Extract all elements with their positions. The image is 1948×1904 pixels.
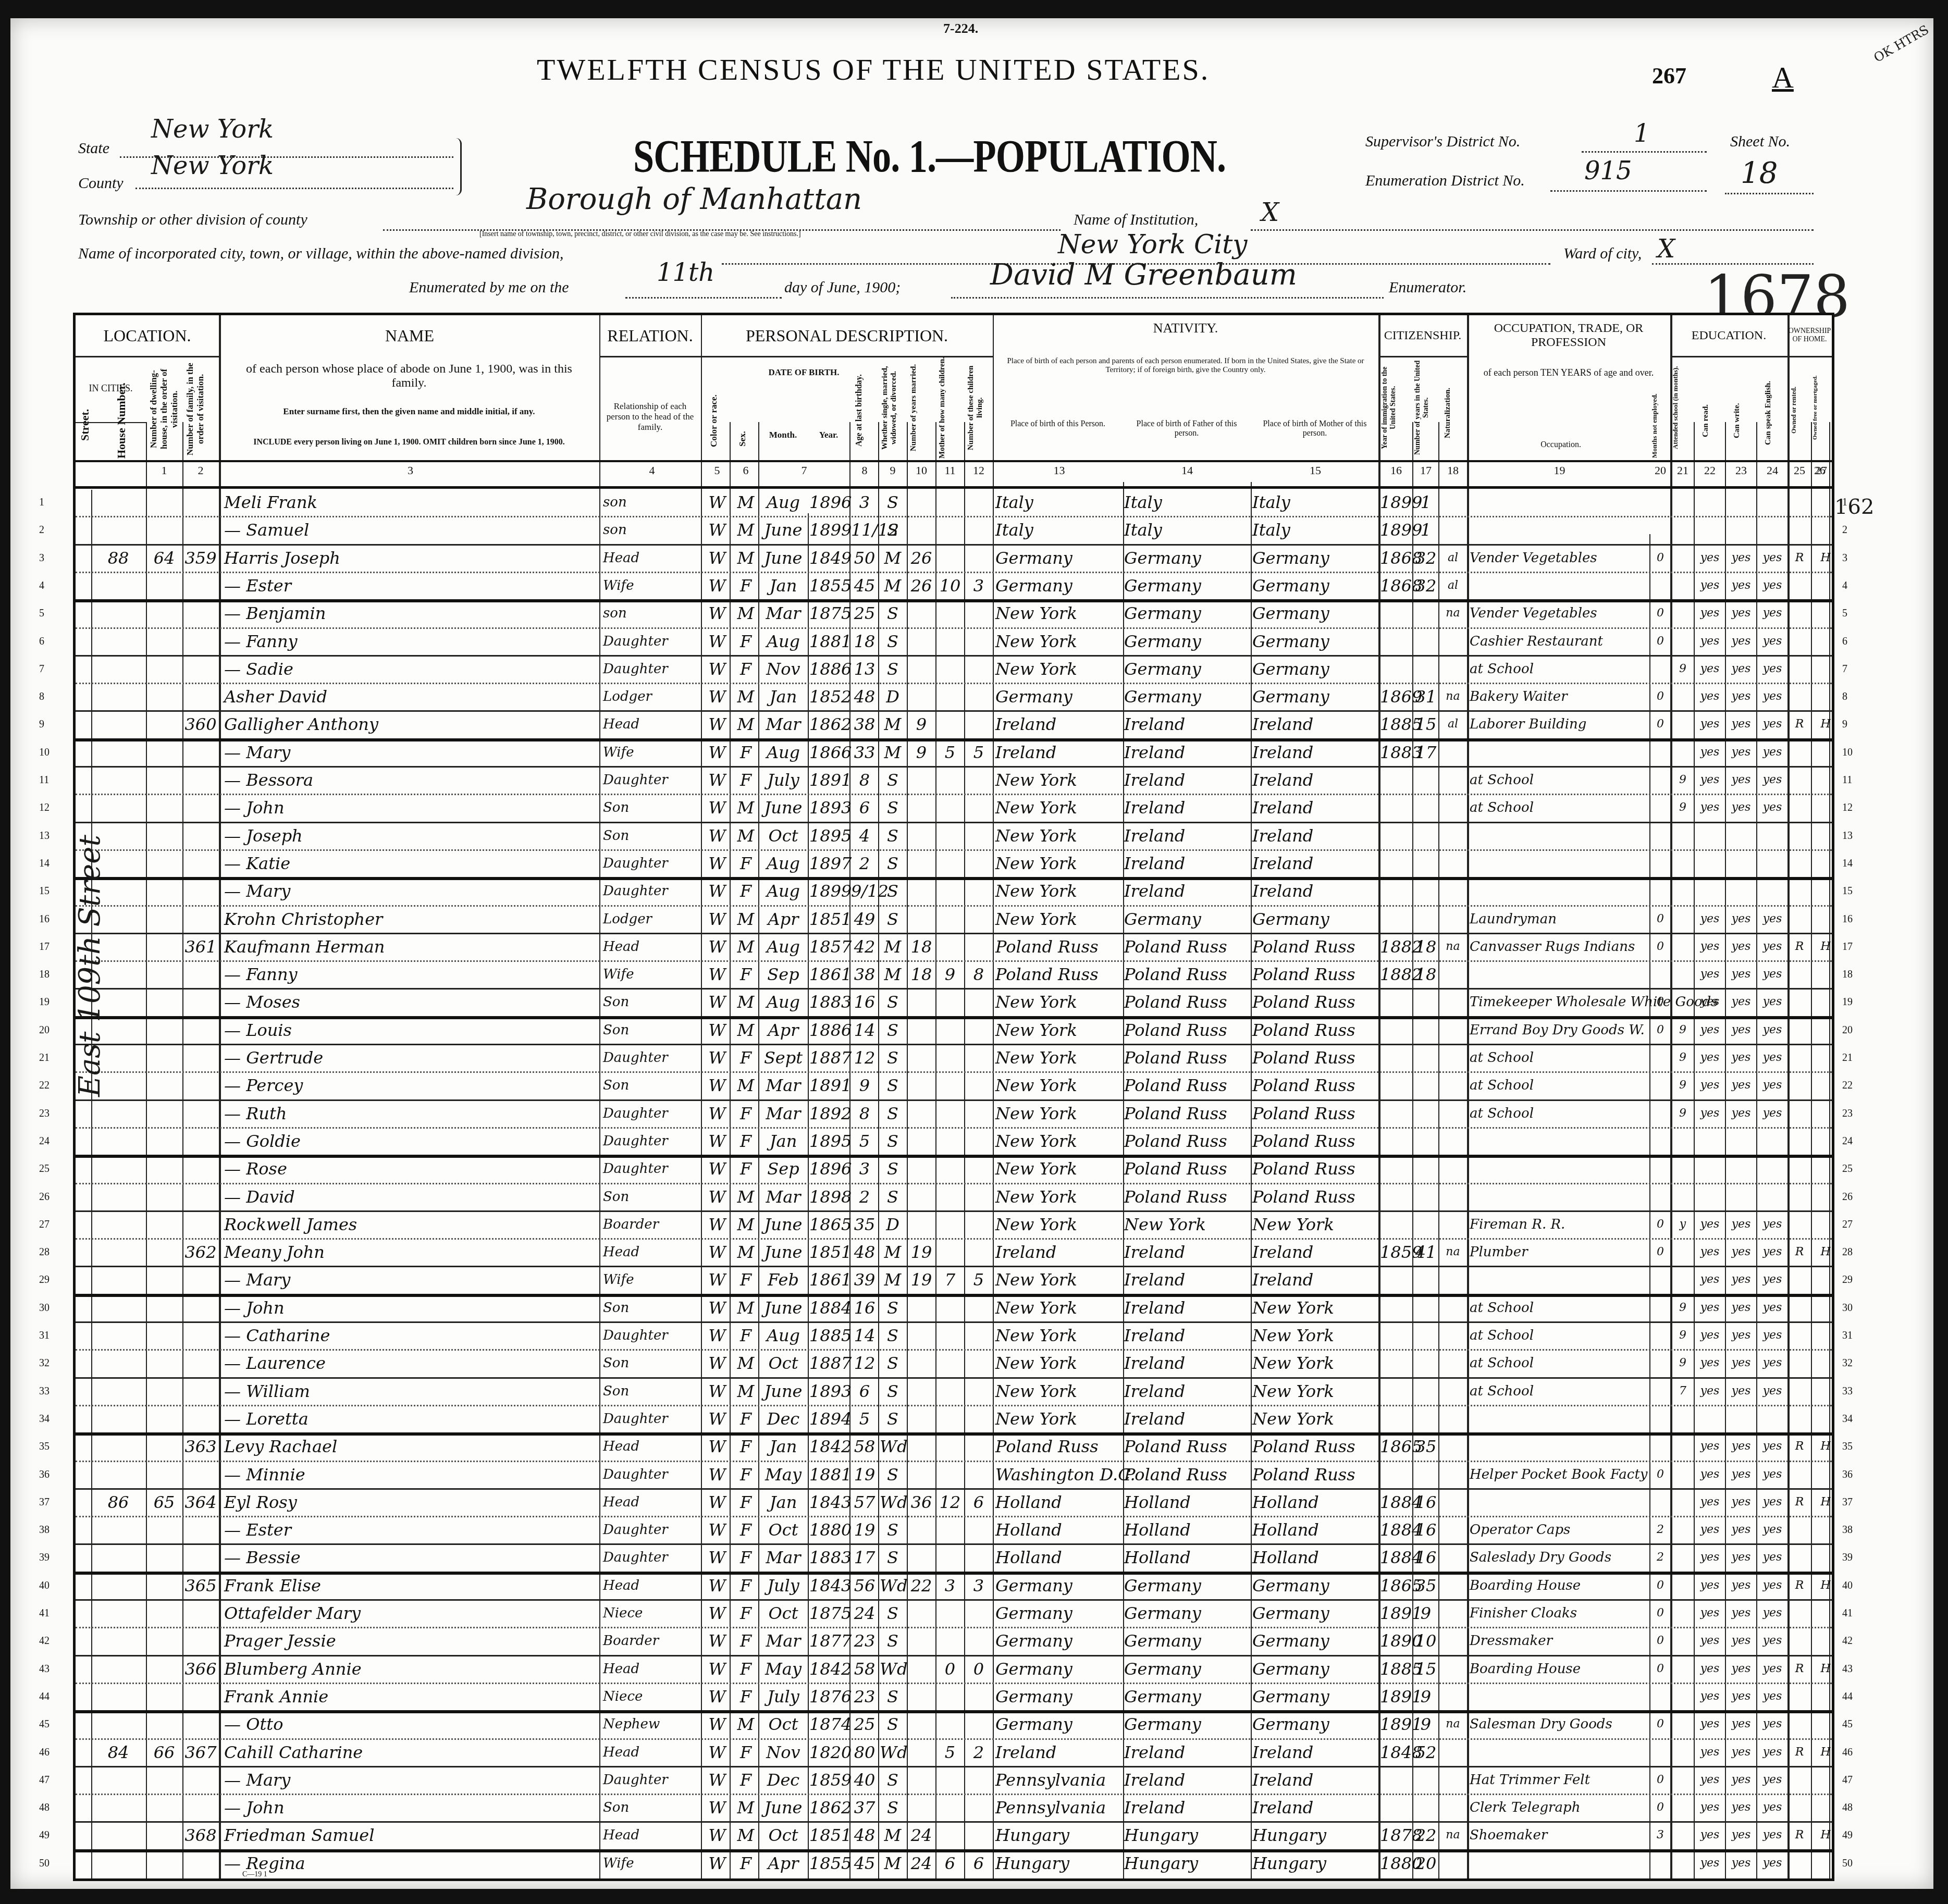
- line-number-right: 45: [1842, 1710, 1853, 1738]
- cell-marital: S: [880, 1405, 906, 1433]
- cell-month: June: [759, 1210, 807, 1239]
- cell-dwelling: [147, 849, 181, 877]
- cell-marital: S: [880, 1683, 906, 1711]
- cell-marital: D: [880, 1210, 906, 1239]
- cell-yrs: 9: [1414, 1683, 1438, 1711]
- cell-month: July: [759, 766, 807, 794]
- header-personal: PERSONAL DESCRIPTION.: [701, 315, 993, 357]
- cell-pob: New York: [995, 1210, 1123, 1239]
- cell-month: June: [759, 1294, 807, 1322]
- cell-sex: F: [733, 1738, 758, 1766]
- line-number-right: 4: [1842, 572, 1847, 600]
- cell-unemp: 3: [1651, 1821, 1670, 1849]
- cell-marital: S: [880, 849, 906, 877]
- cell-pob-m: New York: [1252, 1294, 1378, 1322]
- line-number: 49: [39, 1821, 50, 1849]
- cell-dwelling: [147, 1655, 181, 1683]
- cell-own: [1789, 683, 1810, 711]
- header-nativity: NATIVITY.: [993, 315, 1378, 361]
- line-number: 40: [39, 1572, 50, 1600]
- cell-marital: M: [880, 710, 906, 738]
- cell-name: — John: [224, 1294, 597, 1322]
- cell-relation: son: [603, 488, 701, 516]
- cell-farm: [1816, 599, 1835, 627]
- cell-pob: New York: [995, 988, 1123, 1016]
- cell-living: 3: [966, 572, 992, 600]
- cell-mother: [937, 516, 963, 544]
- cell-sex: F: [733, 1572, 758, 1600]
- cell-relation: Son: [603, 1794, 701, 1822]
- cell-yrs: [1414, 1127, 1438, 1155]
- cell-nat: [1440, 1432, 1466, 1461]
- cell-color: W: [705, 1071, 730, 1099]
- cell-imm: [1380, 1183, 1412, 1211]
- cell-yrs: [1414, 1349, 1438, 1377]
- cell-pob-f: Ireland: [1124, 1321, 1250, 1350]
- cell-pob: New York: [995, 905, 1123, 933]
- cell-ym: 9: [908, 710, 934, 738]
- cell-imm: 1865: [1380, 1572, 1412, 1600]
- table-row: 66— FannyDaughterWFAug188118SNew YorkGer…: [76, 627, 1832, 655]
- cell-nat: [1440, 627, 1466, 656]
- cell-ym: [908, 1155, 934, 1183]
- cell-pob-f: Poland Russ: [1124, 988, 1250, 1016]
- cell-dwelling: [147, 1183, 181, 1211]
- cell-pob-f: Germany: [1124, 1683, 1250, 1711]
- cell-occ: [1470, 1266, 1649, 1294]
- cell-pob-f: Ireland: [1124, 1294, 1250, 1322]
- cell-unemp: [1651, 1683, 1670, 1711]
- cell-relation: Daughter: [603, 1405, 701, 1433]
- cell-mother: [937, 1044, 963, 1072]
- cell-occ: [1470, 1488, 1649, 1516]
- line-number: 34: [39, 1405, 50, 1433]
- cell-imm: 1899: [1380, 516, 1412, 544]
- cell-write: yes: [1727, 1432, 1756, 1461]
- line-number-right: 41: [1842, 1599, 1853, 1627]
- cell-name: — John: [224, 794, 597, 822]
- cell-farm: H: [1816, 1238, 1835, 1266]
- line-number-right: 46: [1842, 1738, 1853, 1766]
- cell-yrs: 16: [1414, 1488, 1438, 1516]
- cell-mother: [937, 1183, 963, 1211]
- cell-school: [1672, 877, 1694, 905]
- cell-write: yes: [1727, 1377, 1756, 1405]
- line-number-right: 31: [1842, 1321, 1853, 1350]
- cell-relation: Boarder: [603, 1210, 701, 1239]
- cell-nat: [1440, 1071, 1466, 1099]
- cell-month: July: [759, 1572, 807, 1600]
- cell-mother: [937, 488, 963, 516]
- cell-write: yes: [1727, 794, 1756, 822]
- cell-color: W: [705, 1155, 730, 1183]
- column-number: 24: [1758, 464, 1787, 485]
- cell-school: 9: [1672, 794, 1694, 822]
- column-number: 7: [759, 464, 849, 485]
- cell-relation: Daughter: [603, 1044, 701, 1072]
- cell-marital: Wd: [880, 1738, 906, 1766]
- cell-year: 1891: [809, 766, 849, 794]
- cell-farm: [1816, 1266, 1835, 1294]
- cell-month: Aug: [759, 488, 807, 516]
- cell-mother: [937, 627, 963, 656]
- cell-year: 1893: [809, 1377, 849, 1405]
- cell-pob-m: Germany: [1252, 1683, 1378, 1711]
- cell-occ: [1470, 1432, 1649, 1461]
- name-instruction: Enter surname first, then the given name…: [232, 406, 586, 417]
- cell-occ: at School: [1470, 794, 1649, 822]
- cell-family: [183, 599, 218, 627]
- cell-living: [966, 877, 992, 905]
- cell-speak: yes: [1758, 1766, 1787, 1794]
- cell-nat: [1440, 1044, 1466, 1072]
- cell-own: [1789, 488, 1810, 516]
- cell-living: [966, 1405, 992, 1433]
- cell-pob-m: Germany: [1252, 1655, 1378, 1683]
- cell-pob-m: Holland: [1252, 1516, 1378, 1544]
- cell-dwelling: [147, 1405, 181, 1433]
- cell-own: [1789, 960, 1810, 988]
- cell-relation: Head: [603, 1738, 701, 1766]
- cell-read: [1695, 1405, 1724, 1433]
- cell-month: Mar: [759, 1627, 807, 1655]
- column-number: 15: [1252, 464, 1378, 485]
- cell-pob-m: Italy: [1252, 516, 1378, 544]
- cell-marital: S: [880, 1627, 906, 1655]
- cell-read: yes: [1695, 738, 1724, 766]
- cell-age: 13: [851, 655, 878, 683]
- table-row: 2222— PerceySonWMMar18919SNew YorkPoland…: [76, 1071, 1832, 1099]
- cell-pob-m: Poland Russ: [1252, 988, 1378, 1016]
- cell-age: 6: [851, 794, 878, 822]
- cell-read: yes: [1695, 1683, 1724, 1711]
- table-row: 2929— MaryWifeWFFeb186139M1975New YorkIr…: [76, 1266, 1832, 1293]
- cell-speak: yes: [1758, 1683, 1787, 1711]
- cell-year: 1852: [809, 683, 849, 711]
- cell-pob: Germany: [995, 1599, 1123, 1627]
- line-number: 24: [39, 1127, 50, 1155]
- line-number: 36: [39, 1461, 50, 1489]
- cell-imm: 1891: [1380, 1683, 1412, 1711]
- line-number: 48: [39, 1794, 50, 1822]
- cell-year: 1857: [809, 933, 849, 961]
- cell-nat: [1440, 1321, 1466, 1350]
- cell-yrs: [1414, 627, 1438, 656]
- cell-pob: Ireland: [995, 710, 1123, 738]
- cell-family: 367: [183, 1738, 218, 1766]
- cell-marital: S: [880, 877, 906, 905]
- column-number: 18: [1440, 464, 1466, 485]
- cell-unemp: [1651, 1488, 1670, 1516]
- cell-age: 39: [851, 1266, 878, 1294]
- cell-sex: M: [733, 683, 758, 711]
- cell-pob: New York: [995, 1377, 1123, 1405]
- cell-speak: yes: [1758, 572, 1787, 600]
- cell-occ: at School: [1470, 766, 1649, 794]
- line-number-right: 7: [1842, 655, 1847, 683]
- cell-own: [1789, 822, 1810, 850]
- cell-write: yes: [1727, 1210, 1756, 1239]
- cell-color: W: [705, 655, 730, 683]
- cell-own: R: [1789, 1821, 1810, 1849]
- cell-pob-f: Ireland: [1124, 710, 1250, 738]
- cell-read: yes: [1695, 599, 1724, 627]
- cell-house: [92, 627, 144, 656]
- cell-pob-f: Holland: [1124, 1543, 1250, 1572]
- cell-imm: [1380, 1794, 1412, 1822]
- cell-pob: Poland Russ: [995, 933, 1123, 961]
- cell-yrs: 20: [1414, 1849, 1438, 1877]
- cell-mother: [937, 822, 963, 850]
- cell-read: [1695, 849, 1724, 877]
- cell-yrs: [1414, 794, 1438, 822]
- cell-read: yes: [1695, 1572, 1724, 1600]
- cell-imm: [1380, 988, 1412, 1016]
- cell-name: Galligher Anthony: [224, 710, 597, 738]
- cell-year: 1875: [809, 1599, 849, 1627]
- cell-mother: [937, 988, 963, 1016]
- cell-year: 1861: [809, 1266, 849, 1294]
- table-row: 4444Frank AnnieNieceWFJuly187623SGermany…: [76, 1683, 1832, 1710]
- cell-relation: Son: [603, 1377, 701, 1405]
- cell-farm: [1816, 1044, 1835, 1072]
- cell-school: 9: [1672, 1044, 1694, 1072]
- cell-marital: S: [880, 1127, 906, 1155]
- cell-family: [183, 988, 218, 1016]
- cell-pob-m: Poland Russ: [1252, 1183, 1378, 1211]
- cell-nat: [1440, 988, 1466, 1016]
- cell-speak: yes: [1758, 1349, 1787, 1377]
- cell-school: [1672, 488, 1694, 516]
- cell-house: [92, 1655, 144, 1683]
- cell-occ: Dressmaker: [1470, 1627, 1649, 1655]
- cell-month: Oct: [759, 1710, 807, 1738]
- cell-marital: S: [880, 1099, 906, 1128]
- cell-ym: 18: [908, 933, 934, 961]
- cell-farm: [1816, 655, 1835, 683]
- cell-occ: at School: [1470, 1349, 1649, 1377]
- cell-sex: F: [733, 1766, 758, 1794]
- cell-marital: D: [880, 683, 906, 711]
- cell-pob: New York: [995, 1071, 1123, 1099]
- cell-mother: [937, 1794, 963, 1822]
- cell-dwelling: [147, 710, 181, 738]
- cell-occ: Canvasser Rugs Indians: [1470, 933, 1649, 961]
- line-number-right: 50: [1842, 1849, 1853, 1877]
- cell-marital: M: [880, 572, 906, 600]
- line-number: 21: [39, 1044, 50, 1072]
- cell-ym: [908, 1432, 934, 1461]
- table-row: 3434— LorettaDaughterWFDec18945SNew York…: [76, 1405, 1832, 1432]
- cell-ym: [908, 683, 934, 711]
- cell-sex: F: [733, 1516, 758, 1544]
- vh-attended-school: Attended school (in months).: [1671, 357, 1693, 459]
- cell-house: [92, 488, 144, 516]
- cell-unemp: [1651, 572, 1670, 600]
- cell-occ: [1470, 849, 1649, 877]
- cell-age: 6: [851, 1377, 878, 1405]
- cell-school: [1672, 1572, 1694, 1600]
- cell-dwelling: [147, 1210, 181, 1239]
- ed-value: 915: [1584, 156, 1632, 186]
- cell-name: — Fanny: [224, 960, 597, 988]
- cell-school: [1672, 627, 1694, 656]
- cell-unemp: 0: [1651, 1710, 1670, 1738]
- cell-month: Jan: [759, 1488, 807, 1516]
- cell-ym: [908, 627, 934, 656]
- cell-month: June: [759, 1794, 807, 1822]
- column-number: 8: [851, 464, 878, 485]
- cell-year: 1866: [809, 738, 849, 766]
- cell-year: 1859: [809, 1766, 849, 1794]
- cell-read: [1695, 822, 1724, 850]
- cell-age: 2: [851, 849, 878, 877]
- cell-occ: at School: [1470, 655, 1649, 683]
- cell-pob: Ireland: [995, 1738, 1123, 1766]
- cell-sex: F: [733, 1599, 758, 1627]
- vh-can-speak-english: Can speak English.: [1764, 367, 1780, 459]
- cell-family: [183, 877, 218, 905]
- cell-name: — Benjamin: [224, 599, 597, 627]
- cell-occ: Timekeeper Wholesale White Goods: [1470, 988, 1649, 1016]
- cell-sex: F: [733, 1432, 758, 1461]
- cell-own: [1789, 988, 1810, 1016]
- cell-age: 3: [851, 488, 878, 516]
- cell-ym: [908, 1016, 934, 1044]
- cell-age: 23: [851, 1627, 878, 1655]
- column-number: 1: [147, 464, 181, 485]
- table-row: 3333— WilliamSonWMJune18936SNew YorkIrel…: [76, 1377, 1832, 1405]
- cell-school: y: [1672, 1210, 1694, 1239]
- cell-dwelling: [147, 1155, 181, 1183]
- cell-living: [966, 683, 992, 711]
- cell-relation: Head: [603, 1238, 701, 1266]
- cell-pob-m: Holland: [1252, 1543, 1378, 1572]
- cell-age: 4: [851, 822, 878, 850]
- cell-yrs: 17: [1414, 738, 1438, 766]
- column-number: 9: [880, 464, 906, 485]
- month-header: Month.: [758, 430, 808, 440]
- cell-sex: F: [733, 738, 758, 766]
- county-label: County: [78, 175, 124, 192]
- cell-pob-m: Ireland: [1252, 822, 1378, 850]
- cell-mother: [937, 1210, 963, 1239]
- cell-pob: New York: [995, 627, 1123, 656]
- state-value: New York: [151, 115, 274, 144]
- cell-farm: [1816, 1766, 1835, 1794]
- cell-ym: [908, 794, 934, 822]
- cell-imm: [1380, 849, 1412, 877]
- cell-unemp: 0: [1651, 988, 1670, 1016]
- cell-sex: F: [733, 1461, 758, 1489]
- cell-school: [1672, 1794, 1694, 1822]
- vh-years-in-us: Number of years in the United States.: [1414, 357, 1438, 459]
- cell-color: W: [705, 1432, 730, 1461]
- cell-month: June: [759, 1238, 807, 1266]
- cell-ym: [908, 1599, 934, 1627]
- cell-color: W: [705, 1794, 730, 1822]
- cell-relation: Daughter: [603, 1099, 701, 1128]
- cell-pob-f: Poland Russ: [1124, 1127, 1250, 1155]
- cell-relation: Wife: [603, 738, 701, 766]
- cell-name: Harris Joseph: [224, 544, 597, 572]
- cell-house: [92, 1294, 144, 1322]
- cell-pob-f: Poland Russ: [1124, 1071, 1250, 1099]
- cell-name: — Percey: [224, 1071, 597, 1099]
- cell-year: 1883: [809, 1543, 849, 1572]
- cell-name: — David: [224, 1183, 597, 1211]
- cell-marital: S: [880, 655, 906, 683]
- cell-marital: M: [880, 544, 906, 572]
- cell-sex: F: [733, 1155, 758, 1183]
- cell-nat: na: [1440, 683, 1466, 711]
- table-row: 1717361Kaufmann HermanHeadWMAug185742M18…: [76, 933, 1832, 960]
- line-number-right: 20: [1842, 1016, 1853, 1044]
- cell-color: W: [705, 1627, 730, 1655]
- cell-nat: [1440, 794, 1466, 822]
- cell-name: — Louis: [224, 1016, 597, 1044]
- cell-year: 1842: [809, 1432, 849, 1461]
- cell-nat: [1440, 1266, 1466, 1294]
- cell-school: [1672, 1405, 1694, 1433]
- cell-sex: M: [733, 1183, 758, 1211]
- cell-house: 84: [92, 1738, 144, 1766]
- vh-months-unemployed: Months not employed.: [1650, 393, 1669, 459]
- cell-mother: 3: [937, 1572, 963, 1600]
- cell-color: W: [705, 1349, 730, 1377]
- pob-person-header: Place of birth of this Person.: [995, 419, 1120, 429]
- cell-dwelling: [147, 1516, 181, 1544]
- cell-farm: H: [1816, 1488, 1835, 1516]
- cell-house: [92, 1238, 144, 1266]
- cell-mother: [937, 683, 963, 711]
- cell-name: Eyl Rosy: [224, 1488, 597, 1516]
- cell-own: [1789, 1377, 1810, 1405]
- cell-school: [1672, 1516, 1694, 1544]
- cell-name: Ottafelder Mary: [224, 1599, 597, 1627]
- line-number-right: 39: [1842, 1543, 1853, 1572]
- line-number: 10: [39, 738, 50, 766]
- township-label: Township or other division of county: [78, 211, 307, 229]
- cell-age: 38: [851, 710, 878, 738]
- cell-read: yes: [1695, 1099, 1724, 1128]
- cell-unemp: 0: [1651, 1766, 1670, 1794]
- cell-dwelling: [147, 1710, 181, 1738]
- cell-occ: at School: [1470, 1099, 1649, 1128]
- cell-sex: F: [733, 766, 758, 794]
- cell-farm: [1816, 1710, 1835, 1738]
- cell-sex: M: [733, 905, 758, 933]
- cell-yrs: [1414, 1405, 1438, 1433]
- cell-dwelling: [147, 572, 181, 600]
- cell-month: June: [759, 516, 807, 544]
- cell-farm: [1816, 1461, 1835, 1489]
- cell-pob-f: Ireland: [1124, 1238, 1250, 1266]
- cell-family: 365: [183, 1572, 218, 1600]
- line-number-right: 8: [1842, 683, 1847, 711]
- cell-dwelling: [147, 1044, 181, 1072]
- cell-color: W: [705, 766, 730, 794]
- cell-occ: [1470, 1155, 1649, 1183]
- line-number-right: 17: [1842, 933, 1853, 961]
- cell-pob: New York: [995, 599, 1123, 627]
- cell-living: [966, 1516, 992, 1544]
- cell-name: — Bessora: [224, 766, 597, 794]
- cell-pob: Holland: [995, 1516, 1123, 1544]
- cell-imm: [1380, 1044, 1412, 1072]
- cell-unemp: 0: [1651, 599, 1670, 627]
- cell-marital: S: [880, 794, 906, 822]
